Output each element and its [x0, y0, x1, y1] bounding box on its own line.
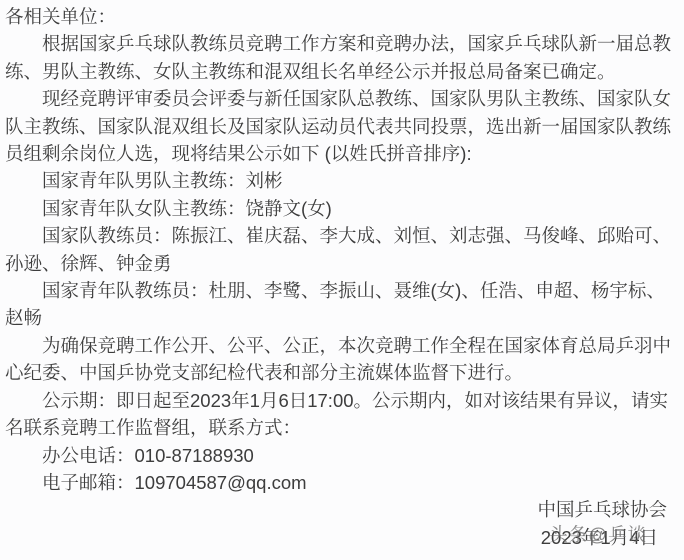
paragraph-intro: 根据国家乒乓球队教练员竞聘工作方案和竞聘办法，国家乒乓球队新一届总教练、男队主教… [5, 30, 675, 85]
line-youth-women-head-coach: 国家青年队女队主教练：饶静文(女) [5, 195, 675, 222]
line-youth-team-coaches: 国家青年队教练员：杜朋、李鹭、李振山、聂维(女)、任浩、申超、杨宇标、赵畅 [5, 277, 675, 332]
line-office-phone: 办公电话：010-87188930 [5, 442, 675, 469]
line-youth-men-head-coach: 国家青年队男队主教练：刘彬 [5, 167, 675, 194]
signature-block: 中国乒乓球协会 2023年1月4日 头条@乒谈 [5, 496, 675, 551]
signature-date-line: 2023年1月4日 头条@乒谈 [5, 524, 675, 551]
line-email: 电子邮箱：109704587@qq.com [5, 469, 675, 496]
signature-date: 2023年1月4日 [541, 527, 658, 548]
line-national-team-coaches: 国家队教练员：陈振江、崔庆磊、李大成、刘恒、刘志强、马俊峰、邱贻可、孙逊、徐辉、… [5, 222, 675, 277]
announcement-document: 各相关单位： 根据国家乒乓球队教练员竞聘工作方案和竞聘办法，国家乒乓球队新一届总… [0, 0, 677, 551]
paragraph-supervision: 为确保竞聘工作公开、公平、公正，本次竞聘工作全程在国家体育总局乒羽中心纪委、中国… [5, 332, 675, 387]
paragraph-publicity-period: 公示期：即日起至2023年1月6日17:00。公示期内，如对该结果有异议，请实名… [5, 387, 675, 442]
signature-organization: 中国乒乓球协会 [5, 496, 675, 523]
paragraph-voting-process: 现经竞聘评审委员会评委与新任国家队总教练、国家队男队主教练、国家队女队主教练、国… [5, 85, 675, 167]
salutation-line: 各相关单位： [5, 3, 675, 30]
